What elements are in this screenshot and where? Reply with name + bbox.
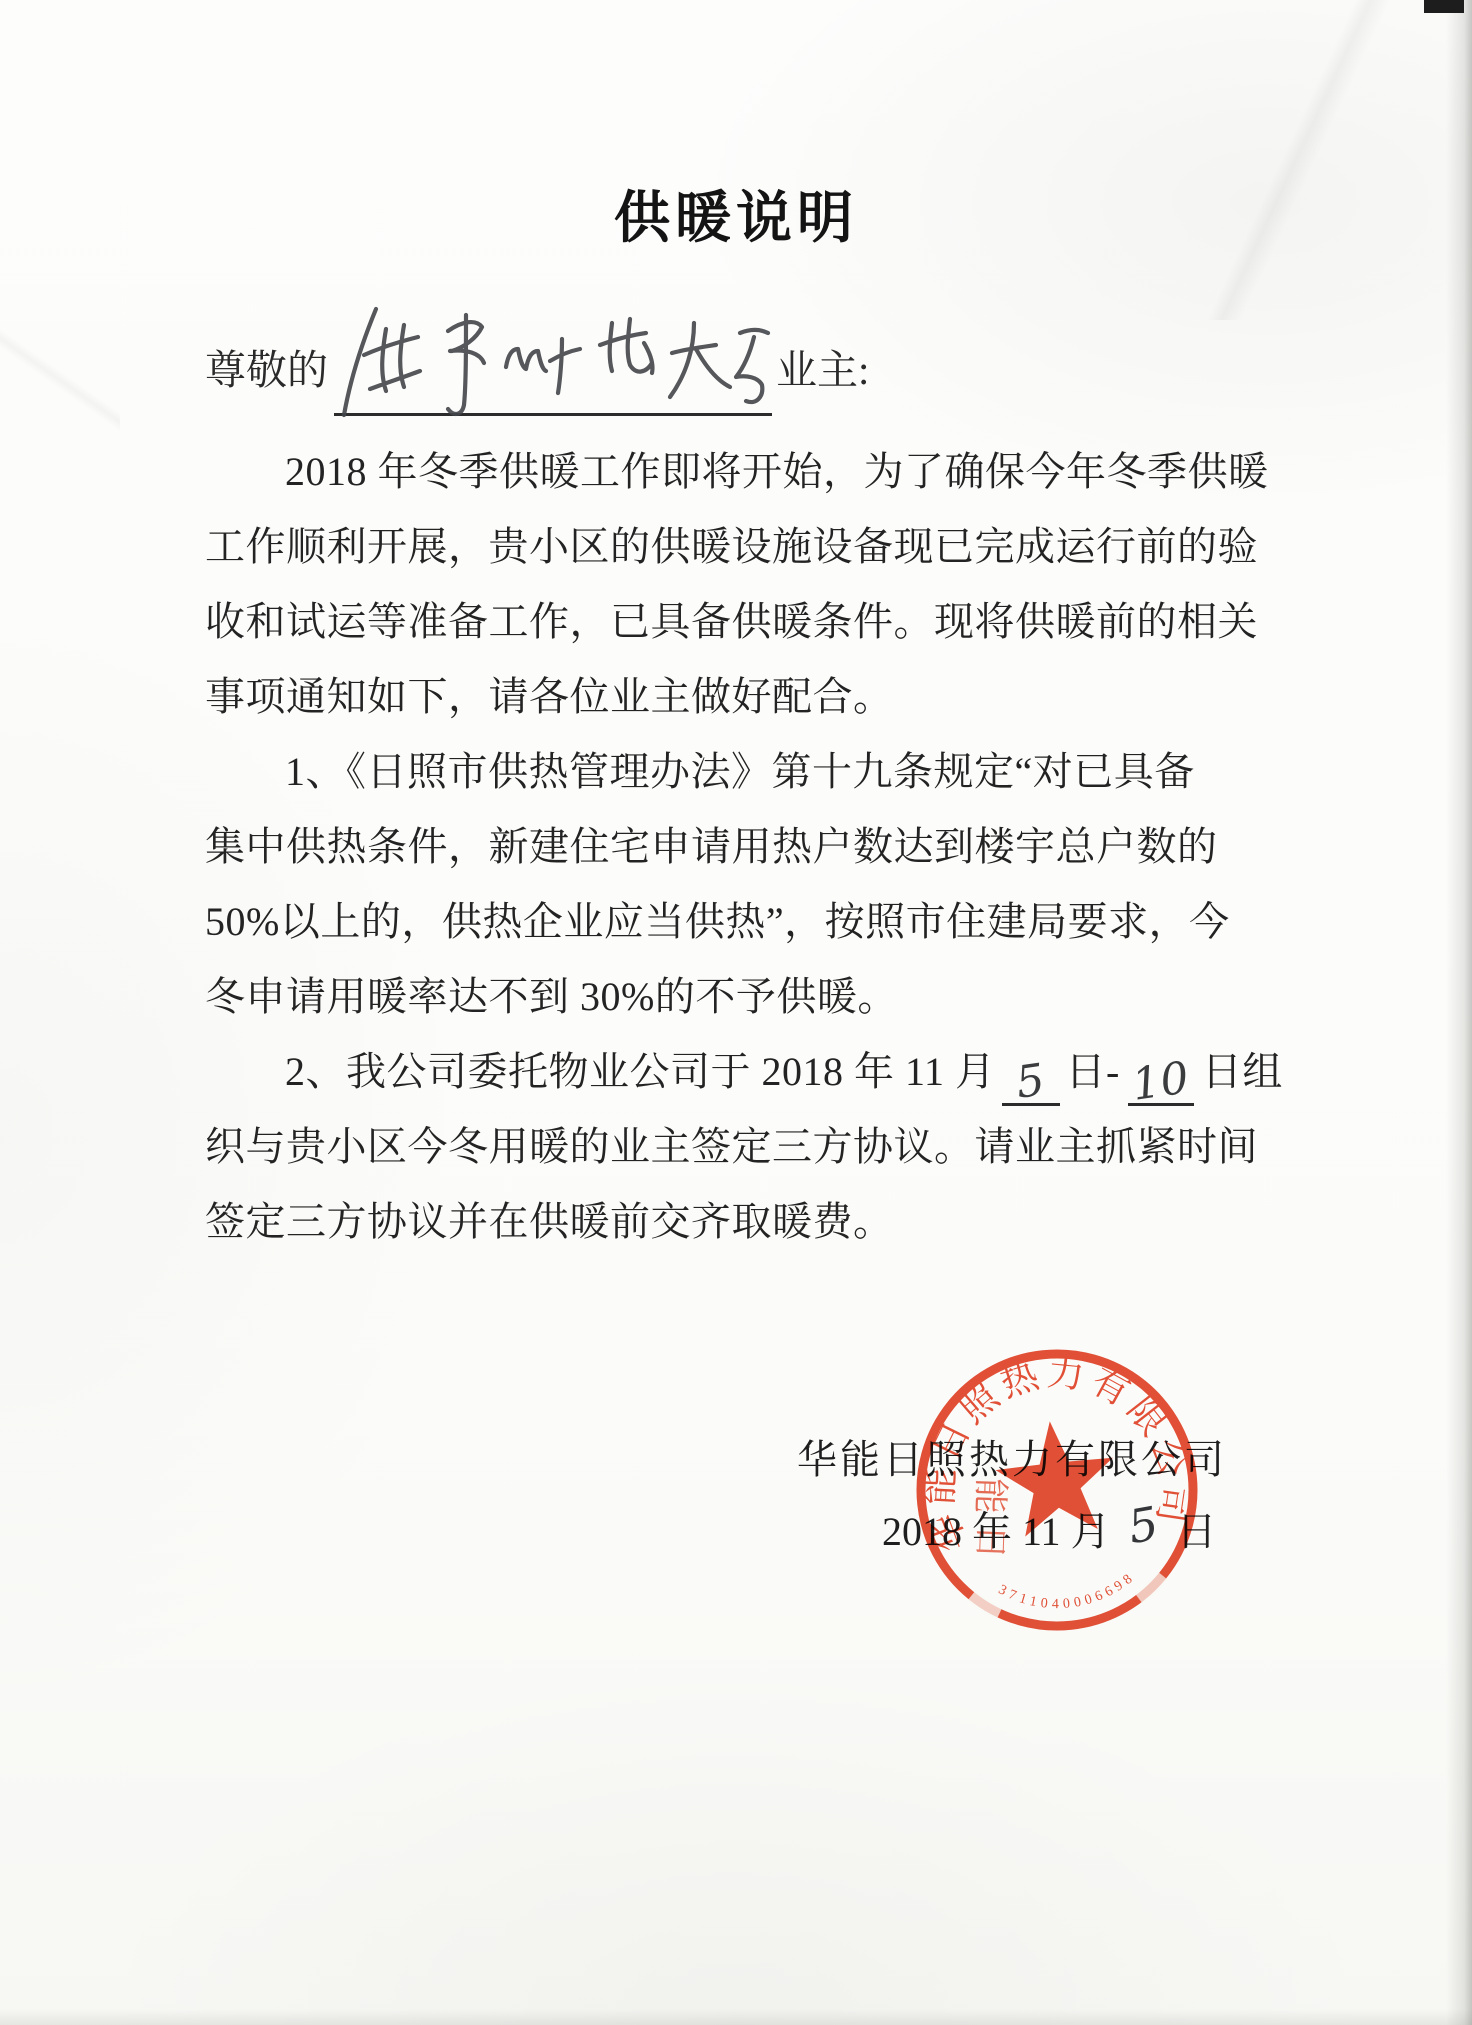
para3-text-mid: 日- [1066,1049,1120,1094]
para3-text-before-start-day: 2、我公司委托物业公司于 2018 年 11 月 [285,1049,996,1094]
body-line: 1、《日照市供热管理办法》第十九条规定“对已具备 [205,744,1375,800]
seal-star-icon [991,1415,1120,1539]
scan-edge-right [1446,0,1472,2025]
seal-ring-fade-right [1137,1576,1165,1599]
scan-corner-artifact [1424,0,1464,13]
handwritten-community-name [334,357,772,416]
body-line: 50%以上的，供热企业应当供热”，按照市住建局要求，今 [205,894,1295,950]
scan-edge-bottom [0,2009,1472,2025]
seal-doublestrike-char-1: 能 [969,1477,1010,1514]
body-line: 2018 年冬季供暖工作即将开始，为了确保今年冬季供暖 [205,444,1375,500]
body-line: 工作顺利开展，贵小区的供暖设施设备现已完成运行前的验 [205,519,1295,575]
document-title: 供暖说明 [0,186,1472,250]
salutation-line: 尊敬的 业主: [205,340,869,400]
seal-ring-fade-left [971,1593,999,1616]
body-line: 冬申请用暖率达不到 30%的不予供暖。 [205,969,1295,1025]
seal-doublestrike-char-2: 日 [970,1524,1008,1559]
body-line: 签定三方协议并在供暖前交齐取暖费。 [205,1194,1295,1250]
salutation-suffix: 业主: [776,347,869,393]
handwritten-end-day: 10 [1125,1058,1196,1107]
body-line: 事项通知如下，请各位业主做好配合。 [205,669,1295,725]
company-seal-stamp: 华能日照热力有限公司 3711040006698 能 日 [889,1322,1225,1658]
handwriting-scribble [330,303,776,425]
fold-crease-left [0,250,120,510]
handwritten-start-day-blank: 5 [1002,1057,1060,1106]
body-line: 集中供热条件，新建住宅申请用热户数达到楼宇总户数的 [205,819,1295,875]
scanned-letter-page: 供暖说明 尊敬的 业主: 2018 年冬季供暖工作即将开始，为了确保今年冬季供暖… [0,0,1472,2025]
body-line: 织与贵小区今冬用暖的业主签定三方协议。请业主抓紧时间 [205,1119,1295,1175]
para3-text-after: 日组 [1202,1049,1283,1094]
body-line: 收和试运等准备工作，已具备供暖条件。现将供暖前的相关 [205,594,1295,650]
body-line-with-handwritten-dates: 2、我公司委托物业公司于 2018 年 11 月5日-10日组 [205,1044,1375,1100]
handwritten-start-day: 5 [999,1058,1062,1106]
handwritten-end-day-blank: 10 [1128,1057,1194,1106]
salutation-prefix: 尊敬的 [205,347,328,393]
fold-crease-top-right [1120,0,1472,320]
